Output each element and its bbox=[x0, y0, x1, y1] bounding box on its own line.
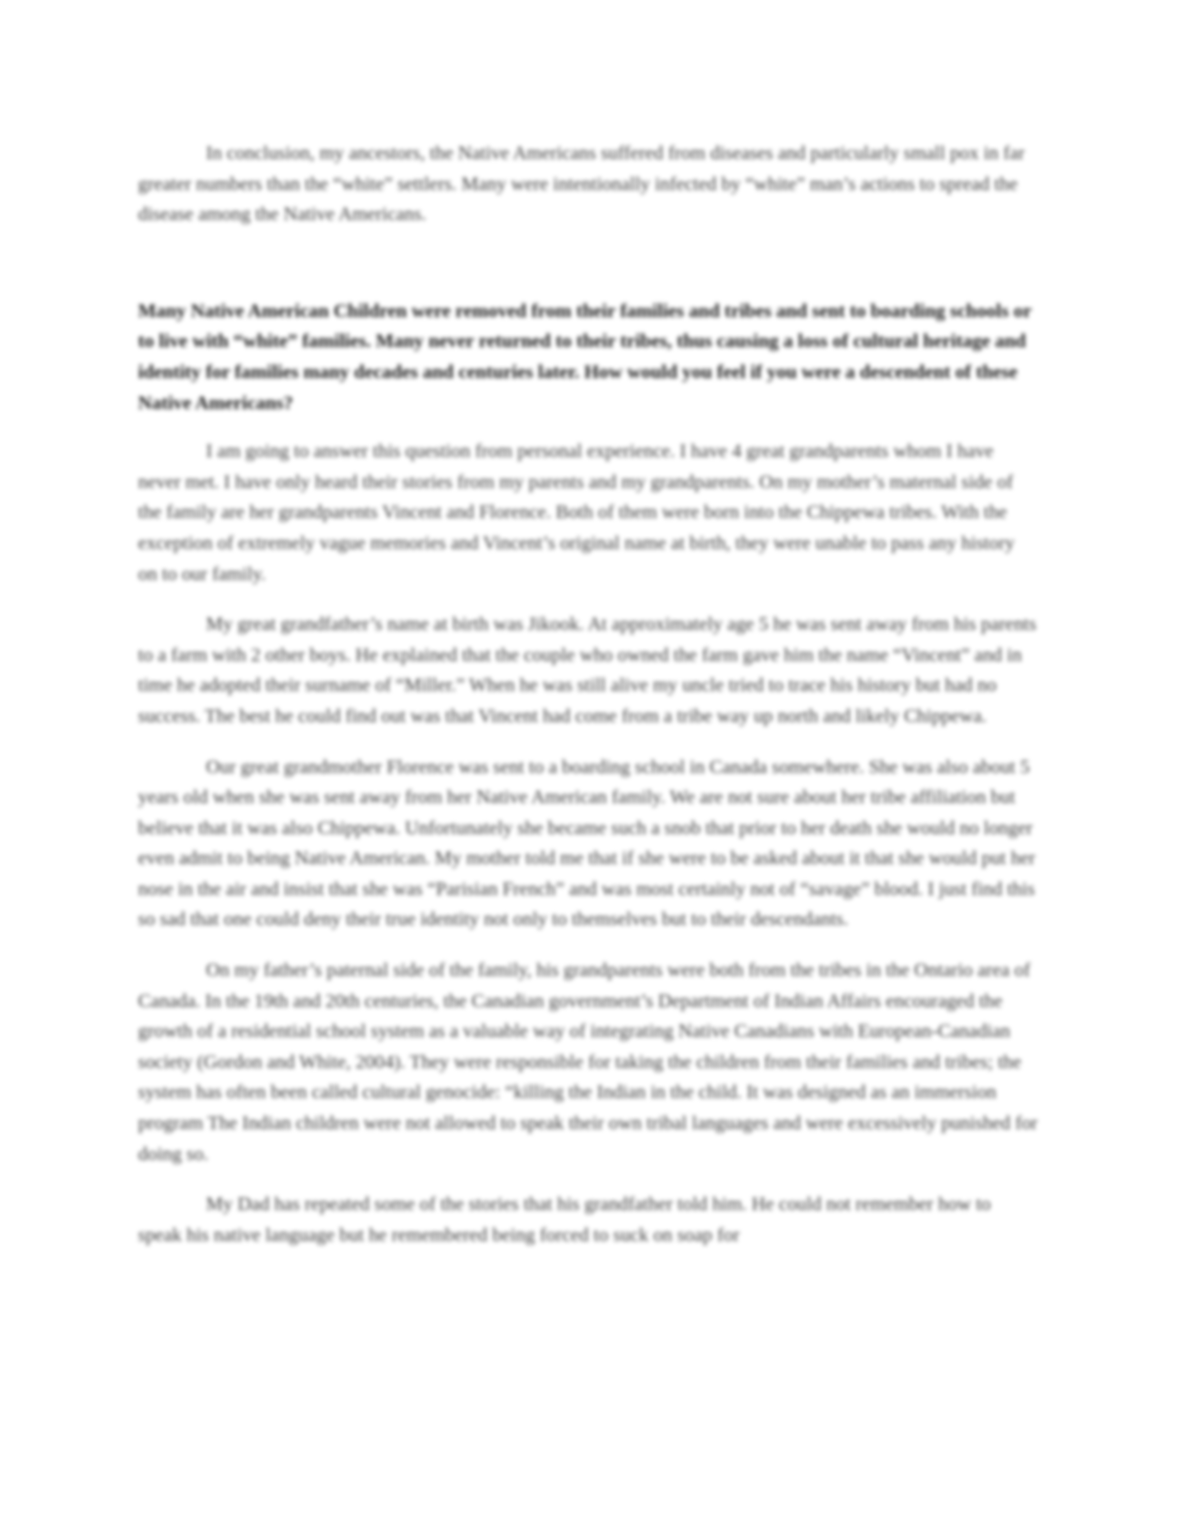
body-paragraph: My Dad has repeated some of the stories … bbox=[138, 1190, 1038, 1251]
body-paragraph: My great grandfather’s name at birth was… bbox=[138, 610, 1038, 732]
body-paragraph: On my father’s paternal side of the fami… bbox=[138, 956, 1038, 1170]
conclusion-paragraph: In conclusion, my ancestors, the Native … bbox=[138, 139, 1038, 231]
document-page: In conclusion, my ancestors, the Native … bbox=[0, 0, 1180, 1527]
body-paragraph: I am going to answer this question from … bbox=[138, 437, 1038, 590]
question-heading: Many Native American Children were remov… bbox=[138, 297, 1038, 419]
document-body: In conclusion, my ancestors, the Native … bbox=[138, 139, 1038, 1271]
body-paragraph: Our great grandmother Florence was sent … bbox=[138, 753, 1038, 937]
